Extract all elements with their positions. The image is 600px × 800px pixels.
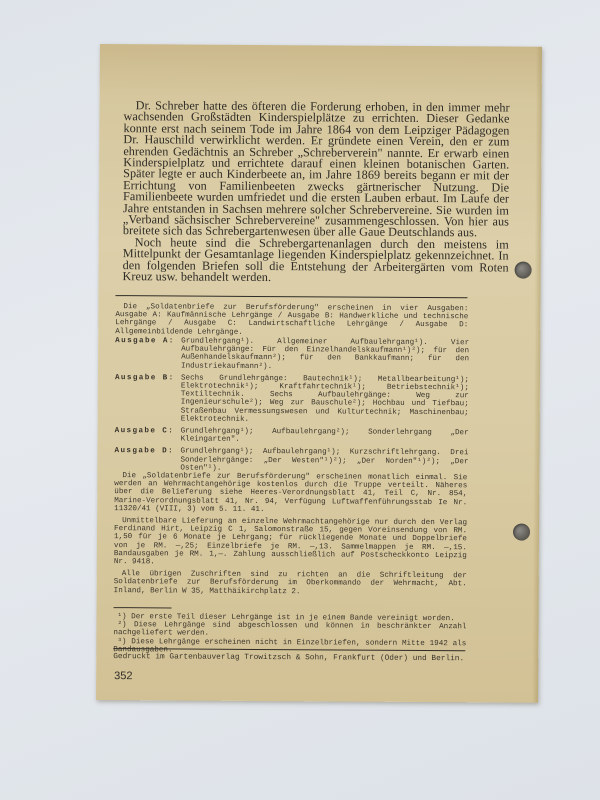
edition-b: Ausgabe B: Sechs Grundlehrgänge: Bautech… xyxy=(115,374,469,425)
punch-hole xyxy=(513,524,530,541)
notice: Alle übrigen Zuschriften sind zu richten… xyxy=(114,570,467,597)
paragraph: Noch heute sind die Schrebergartenanlage… xyxy=(123,237,509,285)
notices: Die „Soldatenbriefe zur Berufsförderung"… xyxy=(114,472,468,601)
notice-intro: Die „Soldatenbriefe zur Berufsförderung"… xyxy=(115,303,468,338)
editions-list: Ausgabe A: Grundlehrgang¹). Allgemeiner … xyxy=(114,337,469,478)
edition-text: Grundlehrgang¹); Aufbaulehrgang¹); Kurzs… xyxy=(180,448,468,474)
edition-text: Grundlehrgang¹). Allgemeiner Aufbaulehrg… xyxy=(181,338,469,373)
notice: Die „Soldatenbriefe zur Berufsförderung"… xyxy=(114,472,467,515)
printer-imprint: Gedruckt im Gartenbauverlag Trowitzsch &… xyxy=(113,653,467,663)
edition-text: Sechs Grundlehrgänge: Bautechnik¹); Meta… xyxy=(181,374,469,425)
footnote-divider xyxy=(114,607,172,608)
edition-d: Ausgabe D: Grundlehrgang¹); Aufbaulehrga… xyxy=(114,448,468,475)
page-number: 352 xyxy=(114,670,132,682)
edition-a: Ausgabe A: Grundlehrgang¹). Allgemeiner … xyxy=(115,337,469,372)
edition-label: Ausgabe A: xyxy=(115,337,181,370)
edition-text: Grundlehrgang¹); Aufbaulehrgang²); Sonde… xyxy=(181,428,469,446)
document-page: Dr. Schreber hatte des öfteren die Forde… xyxy=(96,44,542,703)
edition-c: Ausgabe C: Grundlehrgang¹); Aufbaulehrga… xyxy=(115,427,469,446)
paragraph: Dr. Schreber hatte des öfteren die Forde… xyxy=(123,100,510,239)
notice: Unmittelbare Lieferung an einzelne Wehrm… xyxy=(114,517,467,568)
edition-label: Ausgabe B: xyxy=(115,374,181,424)
punch-hole xyxy=(515,262,532,279)
divider xyxy=(115,295,467,298)
main-text: Dr. Schreber hatte des öfteren die Forde… xyxy=(123,100,510,285)
edition-label: Ausgabe C: xyxy=(115,427,181,444)
edition-label: Ausgabe D: xyxy=(114,448,180,473)
footnote: ²) Diese Lehrgänge sind abgeschlossen un… xyxy=(113,621,466,640)
notice-intro-text: Die „Soldatenbriefe zur Berufsförderung"… xyxy=(115,303,468,338)
